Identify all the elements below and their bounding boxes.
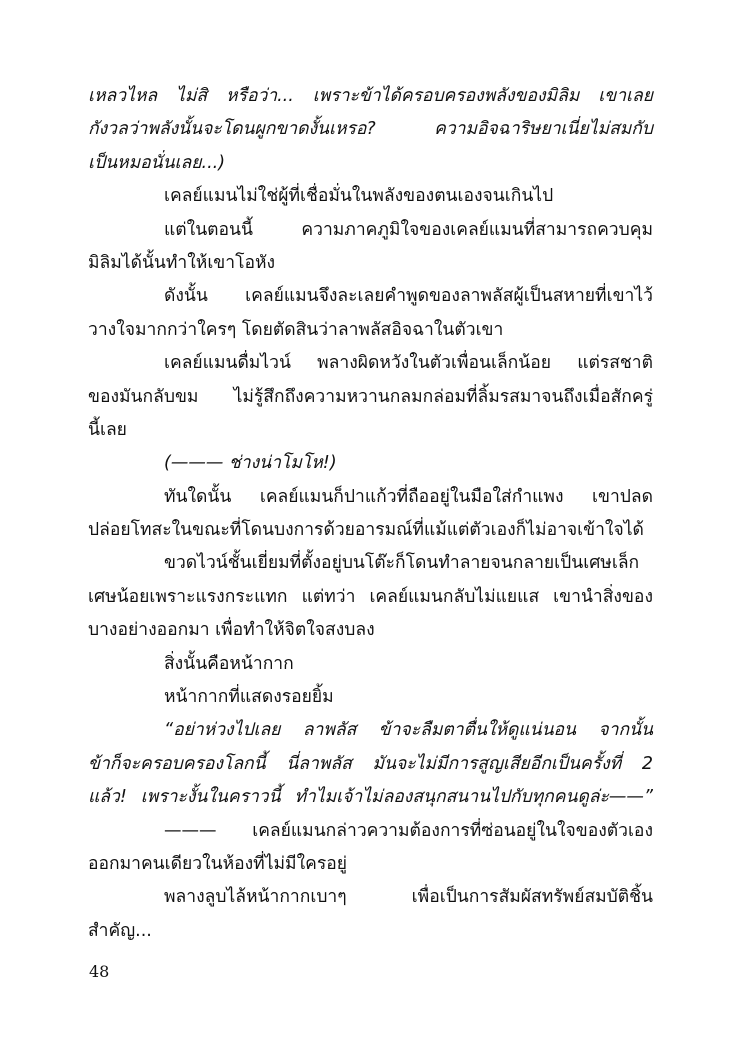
text-line: เศษน้อยเพราะแรงกระแทก แต่ทว่า เคลย์แมนกล…: [88, 581, 653, 614]
text-line: สิ่งนั้นคือหน้ากาก: [88, 648, 653, 681]
book-page: เหลวไหล ไม่สิ หรือว่า... เพราะข้าได้ครอบ…: [0, 0, 738, 1051]
text-line: ของมันกลับขม ไม่รู้สึกถึงความหวานกลมกล่อ…: [88, 381, 653, 414]
text-line: วางใจมากกว่าใครๆ โดยตัดสินว่าลาพลัสอิจฉา…: [88, 314, 653, 347]
text-line: เคลย์แมนดื่มไวน์ พลางผิดหวังในตัวเพื่อนเ…: [88, 347, 653, 380]
text-line: แล้ว! เพราะงั้นในคราวนี้ ทำไมเจ้าไม่ลองส…: [88, 781, 653, 814]
text-line: ขวดไวน์ชั้นเยี่ยมที่ตั้งอยู่บนโต๊ะก็โดนท…: [88, 547, 653, 580]
text-line: ทันใดนั้น เคลย์แมนก็ปาแก้วที่ถืออยู่ในมื…: [88, 481, 653, 514]
text-line: ——— เคลย์แมนกล่าวความต้องการที่ซ่อนอยู่ใ…: [88, 815, 653, 848]
text-line: ข้าก็จะครอบครองโลกนี้ นี่ลาพลัส มันจะไม่…: [88, 748, 653, 781]
text-line: นี้เลย: [88, 414, 653, 447]
text-line: สำคัญ...: [88, 915, 653, 948]
body-text: เหลวไหล ไม่สิ หรือว่า... เพราะข้าได้ครอบ…: [88, 80, 653, 948]
text-line: เคลย์แมนไม่ใช่ผู้ที่เชื่อมั่นในพลังของตน…: [88, 180, 653, 213]
text-line: พลางลูบไล้หน้ากากเบาๆ เพื่อเป็นการสัมผัส…: [88, 881, 653, 914]
text-line: บางอย่างออกมา เพื่อทำให้จิตใจสงบลง: [88, 614, 653, 647]
text-line: กังวลว่าพลังนั้นจะโดนผูกขาดงั้นเหรอ? ควา…: [88, 113, 653, 146]
text-line: เหลวไหล ไม่สิ หรือว่า... เพราะข้าได้ครอบ…: [88, 80, 653, 113]
text-line: ดังนั้น เคลย์แมนจึงละเลยคำพูดของลาพลัสผู…: [88, 280, 653, 313]
text-line: เป็นหมอนั่นเลย...): [88, 147, 653, 180]
text-line: หน้ากากที่แสดงรอยยิ้ม: [88, 681, 653, 714]
text-line: มิลิมได้นั้นทำให้เขาโอหัง: [88, 247, 653, 280]
text-line: ปล่อยโทสะในขณะที่โดนบงการด้วยอารมณ์ที่แม…: [88, 514, 653, 547]
text-line: แต่ในตอนนี้ ความภาคภูมิใจของเคลย์แมนที่ส…: [88, 214, 653, 247]
text-line: “อย่าห่วงไปเลย ลาพลัส ข้าจะลืมตาตื่นให้ด…: [88, 714, 653, 747]
page-number: 48: [89, 962, 109, 981]
text-line: ออกมาคนเดียวในห้องที่ไม่มีใครอยู่: [88, 848, 653, 881]
text-line: (——— ช่างน่าโมโห!): [88, 447, 653, 480]
